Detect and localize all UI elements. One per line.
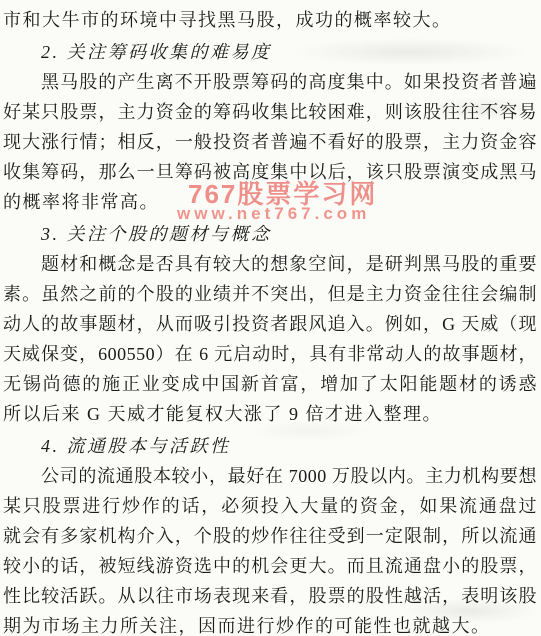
text-line: 收集筹码，那么一旦筹码被高度集中以后，该只股票演变成黑马股	[3, 157, 537, 187]
text-line: 期为市场主力所关注，因而进行炒作的可能性也就越大。	[3, 611, 537, 636]
text-line: 就会有多家机构介入，个股的炒作往往受到一定限制，所以流通盘	[3, 521, 537, 551]
text-line: 无锡尚德的施正业变成中国新首富，增加了太阳能题材的诱惑性，	[3, 369, 537, 399]
text-line: 市和大牛市的环境中寻找黑马股，成功的概率较大。	[3, 5, 537, 35]
text-line: 题材和概念是否具有较大的想象空间，是研判黑马股的重要因	[3, 249, 537, 279]
text-line: 好某只股票，主力资金的筹码收集比较困难，则该股往往不容易出	[3, 97, 537, 127]
text-line: 素。虽然之前的个股的业绩并不突出，但是主力资金往往会编制出	[3, 279, 537, 309]
text-line: 现大涨行情；相反，一般投资者普遍不看好的股票，主力资金容易	[3, 127, 537, 157]
text-line: 黑马股的产生离不开股票筹码的高度集中。如果投资者普遍看	[3, 67, 537, 97]
text-line: 天威保变，600550）在 6 元启动时，具有非常动人的故事题材，加上	[3, 339, 537, 369]
text-line: 的概率将非常高。	[3, 187, 537, 217]
text-line: 所以后来 G 天威才能复权大涨了 9 倍才进入整理。	[3, 399, 537, 429]
text-line: 某只股票进行炒作的话，必须投入大量的资金，如果流通盘过大，	[3, 491, 537, 521]
text-line: 3. 关注个股的题材与概念	[3, 219, 537, 249]
page-text: 市和大牛市的环境中寻找黑马股，成功的概率较大。2. 关注筹码收集的难易度黑马股的…	[0, 0, 541, 636]
book-page: 767股票学习网 www.net767.com 市和大牛市的环境中寻找黑马股，成…	[0, 0, 541, 636]
text-line: 动人的故事题材，从而吸引投资者跟风追入。例如，G 天威（现为	[3, 309, 537, 339]
text-line: 性比较活跃。从以往市场表现来看，股票的股性越活，表明该股长	[3, 581, 537, 611]
text-line: 2. 关注筹码收集的难易度	[3, 37, 537, 67]
text-line: 4. 流通股本与活跃性	[3, 431, 537, 461]
text-line: 较小的话，被短线游资选中的机会更大。而且流通盘小的股票，股	[3, 551, 537, 581]
text-line: 公司的流通股本较小，最好在 7000 万股以内。主力机构要想对	[3, 461, 537, 491]
